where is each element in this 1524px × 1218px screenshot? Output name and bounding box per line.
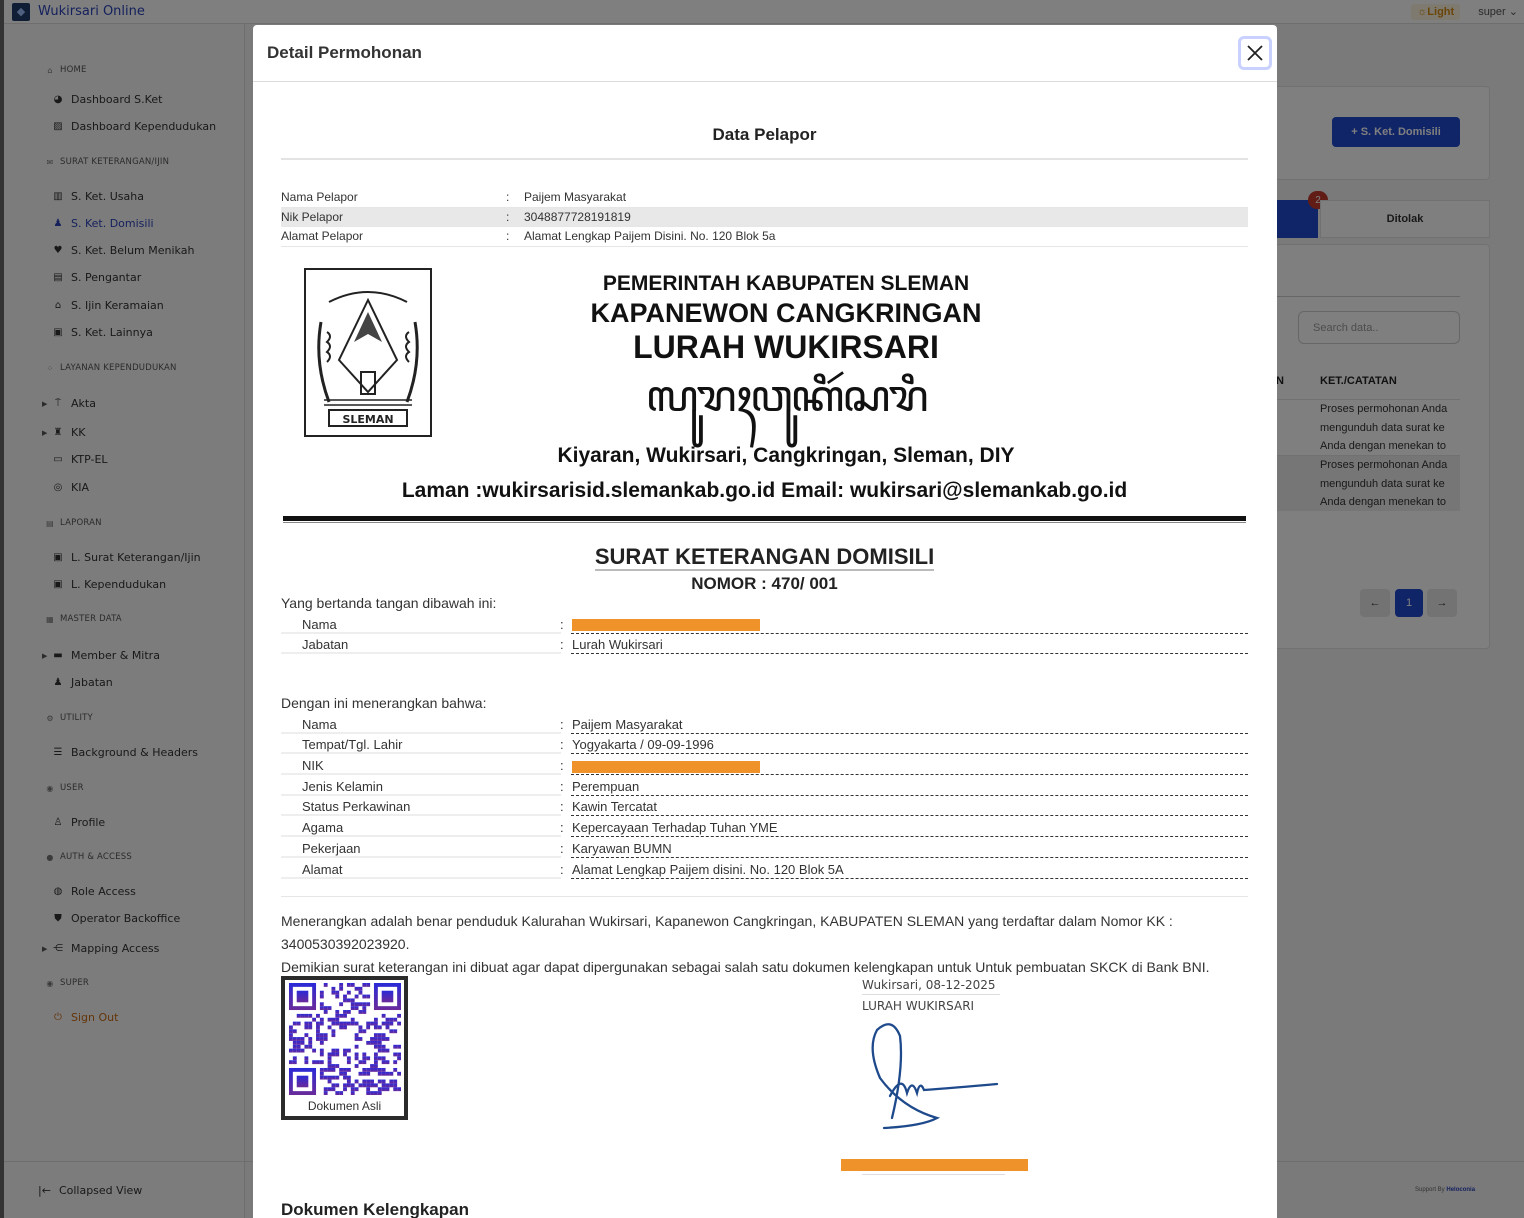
letter-field-row: Pekerjaan:Karyawan BUMN — [281, 837, 1248, 858]
letter-field-row: Jabatan:Lurah Wukirsari — [281, 634, 1248, 655]
sign-role: LURAH WUKIRSARI — [862, 999, 1052, 1013]
pelapor-row: Nik Pelapor:3048877728191819 — [281, 208, 1248, 228]
qr-code-icon — [289, 983, 401, 1095]
subject-intro: Dengan ini menerangkan bahwa: — [281, 695, 486, 711]
close-button[interactable] — [1238, 36, 1272, 70]
document: Data Pelapor Nama Pelapor:Paijem Masyara… — [281, 82, 1248, 505]
letter-number: NOMOR : 470/ 001 — [281, 574, 1248, 594]
letterhead-rule — [283, 516, 1246, 521]
sign-name-redacted — [841, 1159, 1028, 1171]
qr-verification[interactable]: Dokumen Asli — [281, 976, 408, 1120]
sign-name-line — [862, 1174, 1005, 1175]
sleman-emblem-icon: SLEMAN — [304, 268, 432, 437]
letter-field-row: Jenis Kelamin:Perempuan — [281, 775, 1248, 796]
detail-modal: Detail Permohonan Data Pelapor Nama Pela… — [253, 25, 1277, 1218]
signature-block: Wukirsari, 08-12-2025 LURAH WUKIRSARI — [862, 978, 1052, 1013]
letter-body-paragraph-1: Menerangkan adalah benar penduduk Kalura… — [281, 910, 1248, 955]
letter-field-row: Agama:Kepercayaan Terhadap Tuhan YME — [281, 816, 1248, 837]
letter-title-block: SURAT KETERANGAN DOMISILI NOMOR : 470/ 0… — [281, 545, 1248, 594]
letter-body-paragraph-2: Demikian surat keterangan ini dibuat aga… — [281, 956, 1248, 979]
sign-date: Wukirsari, 08-12-2025 — [862, 978, 1000, 995]
close-icon — [1246, 44, 1264, 62]
attachments-title: Dokumen Kelengkapan — [281, 1200, 469, 1218]
letter-title: SURAT KETERANGAN DOMISILI — [595, 545, 934, 571]
letter-body: Menerangkan adalah benar penduduk Kalura… — [281, 896, 1248, 979]
letter-field-row: Nama: — [281, 613, 1248, 634]
signer-intro: Yang bertanda tangan dibawah ini: — [281, 595, 496, 611]
divider — [281, 158, 1248, 160]
letterhead: SLEMAN PEMERINTAH KABUPATEN SLEMAN KAPAN… — [281, 255, 1248, 505]
letterhead-address: Kiyaran, Wukirsari, Cangkringan, Sleman,… — [421, 444, 1151, 468]
modal-header: Detail Permohonan — [253, 25, 1277, 82]
letterhead-line-1: PEMERINTAH KABUPATEN SLEMAN — [421, 272, 1151, 296]
svg-text:SLEMAN: SLEMAN — [342, 413, 393, 426]
qr-label: Dokumen Asli — [285, 1099, 404, 1113]
redaction-bar — [572, 761, 760, 773]
letterhead-contact: Laman :wukirsarisid.slemankab.go.id Emai… — [281, 479, 1248, 503]
signer-table: Nama:Jabatan:Lurah Wukirsari — [281, 613, 1248, 654]
modal-title: Detail Permohonan — [267, 43, 422, 63]
pelapor-row: Nama Pelapor:Paijem Masyarakat — [281, 188, 1248, 208]
letter-field-row: Alamat:Alamat Lengkap Paijem disini. No.… — [281, 858, 1248, 879]
redaction-bar — [572, 619, 760, 631]
letterhead-line-2: KAPANEWON CANGKRINGAN — [421, 298, 1151, 329]
signature-icon — [862, 1018, 1012, 1133]
pelapor-row: Alamat Pelapor:Alamat Lengkap Paijem Dis… — [281, 227, 1248, 247]
letterhead-rule-thin — [283, 522, 1246, 523]
letter-field-row: NIK: — [281, 754, 1248, 775]
letterhead-javanese-script: ꦭꦸꦫꦃꦮꦸꦏꦶꦂꦱꦫꦶ — [421, 363, 1151, 452]
pelapor-table: Nama Pelapor:Paijem MasyarakatNik Pelapo… — [281, 188, 1248, 247]
section-title-data-pelapor: Data Pelapor — [281, 125, 1248, 145]
letter-field-row: Tempat/Tgl. Lahir:Yogyakarta / 09-09-199… — [281, 734, 1248, 755]
letter-field-row: Status Perkawinan:Kawin Tercatat — [281, 796, 1248, 817]
subject-table: Nama:Paijem MasyarakatTempat/Tgl. Lahir:… — [281, 713, 1248, 879]
letterhead-line-3: LURAH WUKIRSARI — [421, 329, 1151, 366]
letter-field-row: Nama:Paijem Masyarakat — [281, 713, 1248, 734]
window-edge — [0, 0, 4, 1218]
